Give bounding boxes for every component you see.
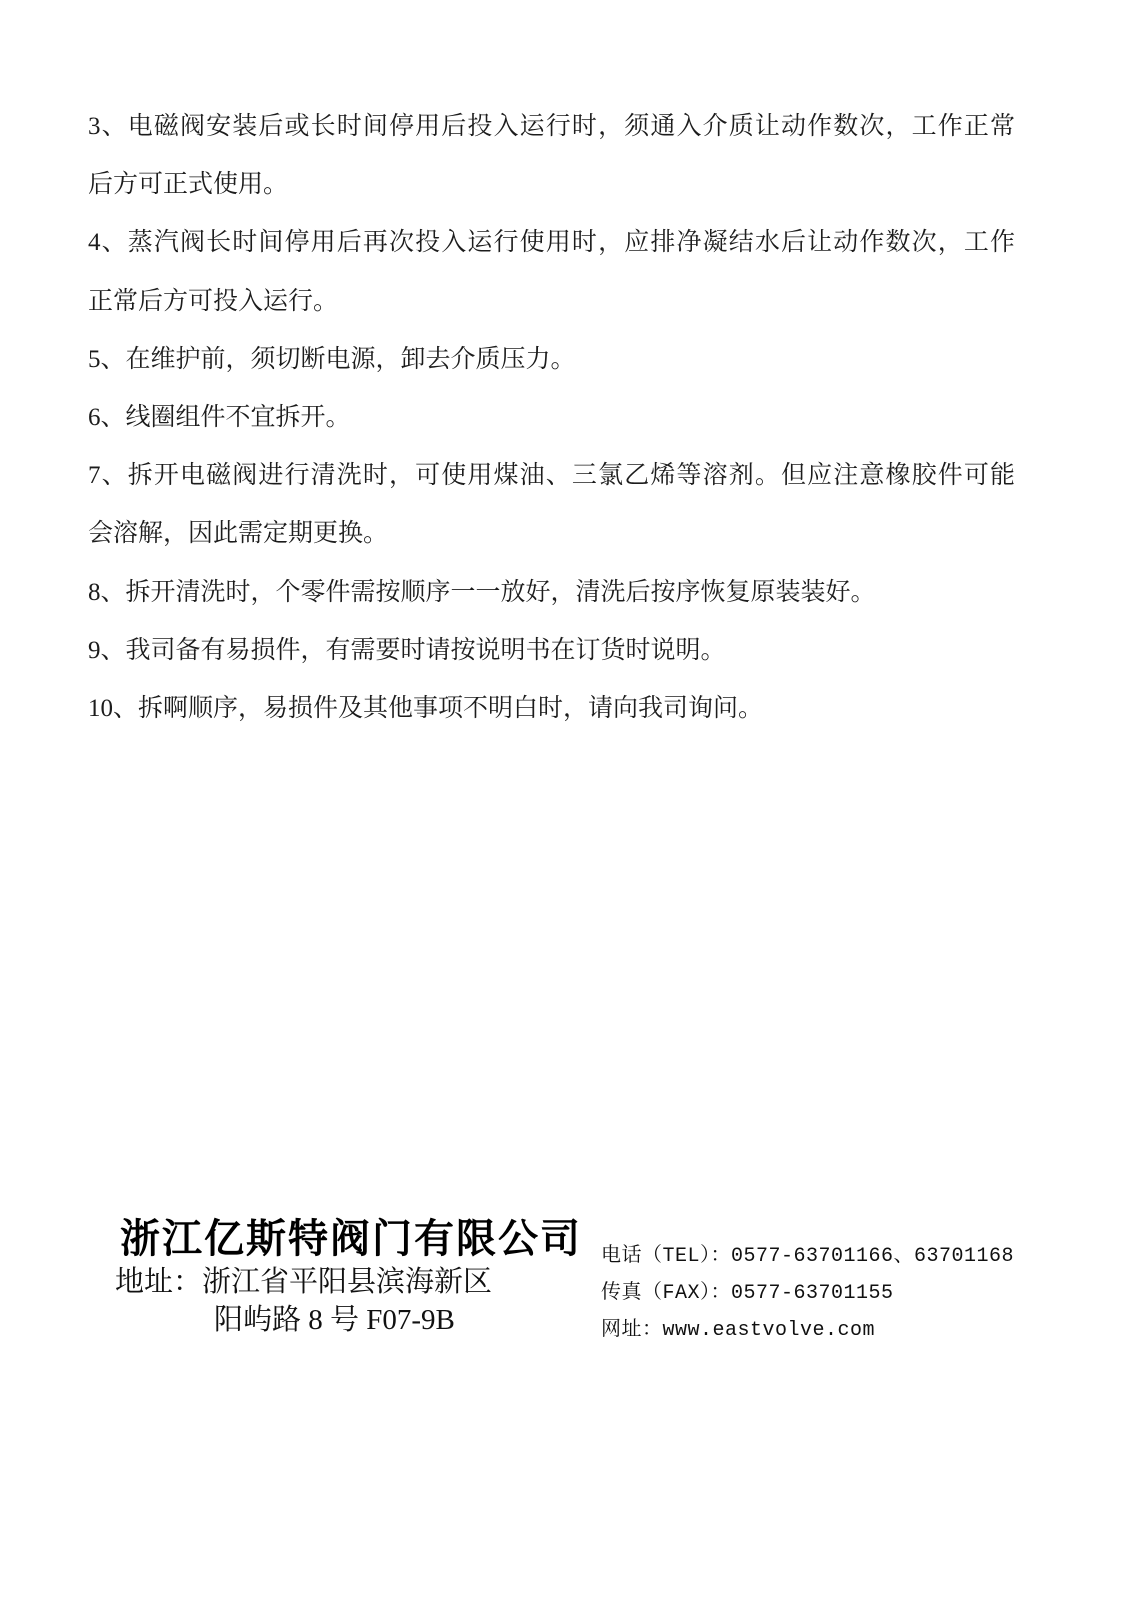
instruction-line: 4、蒸汽阀长时间停用后再次投入运行使用时，应排净凝结水后让动作数次，工作 — [88, 214, 1015, 272]
instruction-line: 8、拆开清洗时，个零件需按顺序一一放好，清洗后按序恢复原装装好。 — [88, 564, 1015, 622]
instruction-line: 6、线圈组件不宜拆开。 — [88, 389, 1015, 447]
instruction-line: 后方可正式使用。 — [88, 156, 1015, 214]
document-page: 3、电磁阀安装后或长时间停用后投入运行时，须通入介质让动作数次，工作正常 后方可… — [0, 0, 1131, 1600]
instruction-line: 9、我司备有易损件，有需要时请按说明书在订货时说明。 — [88, 622, 1015, 680]
maintenance-instructions: 3、电磁阀安装后或长时间停用后投入运行时，须通入介质让动作数次，工作正常 后方可… — [88, 98, 1015, 738]
instruction-line: 5、在维护前，须切断电源，卸去介质压力。 — [88, 331, 1015, 389]
company-contacts: 电话（TEL）：0577-63701166、63701168 传真（FAX）：0… — [601, 1238, 1014, 1349]
instruction-line: 正常后方可投入运行。 — [88, 273, 1015, 331]
company-website: 网址：www.eastvolve.com — [601, 1312, 1014, 1349]
company-address-line1: 地址：浙江省平阳县滨海新区 — [115, 1266, 492, 1298]
instruction-line: 7、拆开电磁阀进行清洗时，可使用煤油、三氯乙烯等溶剂。但应注意橡胶件可能 — [88, 447, 1015, 505]
instruction-line: 会溶解，因此需定期更换。 — [88, 505, 1015, 563]
instruction-line: 3、电磁阀安装后或长时间停用后投入运行时，须通入介质让动作数次，工作正常 — [88, 98, 1015, 156]
company-fax: 传真（FAX）：0577-63701155 — [601, 1275, 1014, 1312]
company-name: 浙江亿斯特阀门有限公司 — [120, 1218, 582, 1260]
company-address-line2: 阳屿路 8 号 F07-9B — [214, 1304, 455, 1336]
instruction-line: 10、拆啊顺序，易损件及其他事项不明白时，请向我司询问。 — [88, 680, 1015, 738]
company-footer: 浙江亿斯特阀门有限公司 地址：浙江省平阳县滨海新区 阳屿路 8 号 F07-9B… — [0, 1200, 1131, 1350]
company-phone: 电话（TEL）：0577-63701166、63701168 — [601, 1238, 1014, 1275]
